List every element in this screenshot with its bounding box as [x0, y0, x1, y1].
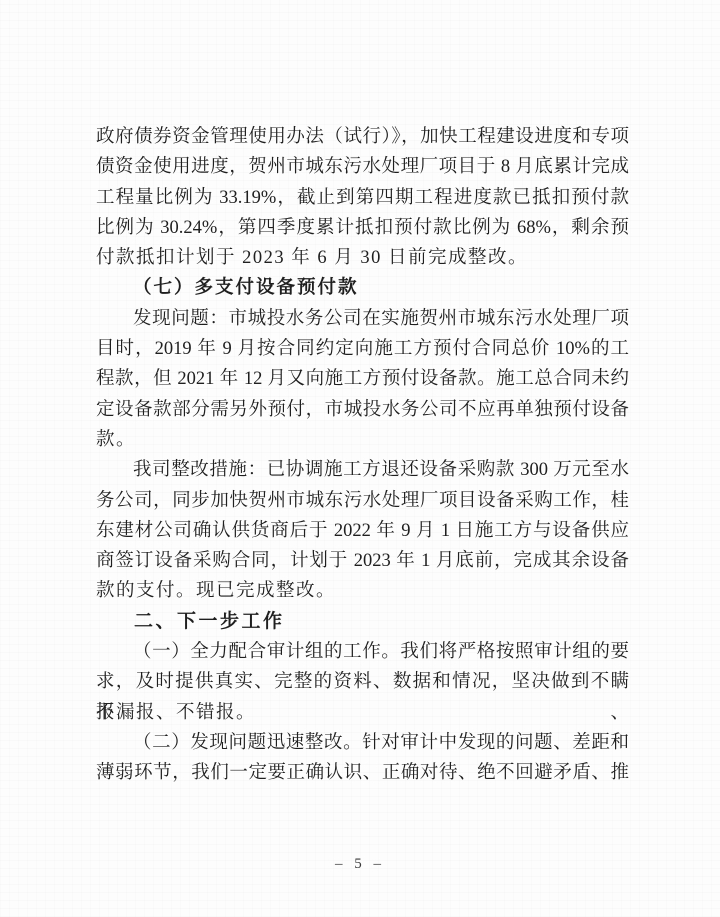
text-line: 债资金使用进度，贺州市城东污水处理厂项目于 8 月底累计完成	[96, 152, 629, 182]
text-line: 目时，2019 年 9 月按合同约定向施工方预付合同总价 10%的工	[96, 334, 629, 364]
text-line: 东建材公司确认供货商后于 2022 年 9 月 1 日施工方与设备供应	[96, 516, 629, 546]
section-heading-next-steps: 二、下一步工作	[96, 607, 629, 637]
page-footer: – 5 –	[0, 855, 720, 873]
text-line: 求，及时提供真实、完整的资料、数据和情况，坚决做到不瞒报、	[96, 667, 629, 697]
text-line: 商签订设备采购合同，计划于 2023 年 1 月底前，完成其余设备	[96, 546, 629, 576]
text-line: 程款，但 2021 年 12 月又向施工方预付设备款。施工总合同未约	[96, 364, 629, 394]
document-body: 政府债券资金管理使用办法（试行）》，加快工程建设进度和专项 债资金使用进度，贺州…	[96, 122, 629, 789]
text-line: 比例为 30.24%，第四季度累计抵扣预付款比例为 68%，剩余预	[96, 213, 629, 243]
section-heading-7: （七）多支付设备预付款	[96, 273, 629, 303]
text-line: 工程量比例为 33.19%，截止到第四期工程进度款已抵扣预付款	[96, 183, 629, 213]
text-line: 薄弱环节，我们一定要正确认识、正确对待、绝不回避矛盾、推	[96, 758, 629, 788]
text-line: 款。	[96, 425, 629, 455]
text-line: （一）全力配合审计组的工作。我们将严格按照审计组的要	[96, 637, 629, 667]
text-line: 付款抵扣计划于 2023 年 6 月 30 日前完成整改。	[96, 243, 629, 273]
text-line: 定设备款部分需另外预付，市城投水务公司不应再单独预付设备	[96, 395, 629, 425]
text-line: 我司整改措施：已协调施工方退还设备采购款 300 万元至水	[96, 455, 629, 485]
text-line: 政府债券资金管理使用办法（试行）》，加快工程建设进度和专项	[96, 122, 629, 152]
text-line: 发现问题：市城投水务公司在实施贺州市城东污水处理厂项	[96, 304, 629, 334]
page-number: – 5 –	[335, 856, 385, 872]
text-line: 款的支付。现已完成整改。	[96, 576, 629, 606]
text-line: 务公司，同步加快贺州市城东污水处理厂项目设备采购工作，桂	[96, 486, 629, 516]
text-line: （二）发现问题迅速整改。针对审计中发现的问题、差距和	[96, 728, 629, 758]
document-page: 政府债券资金管理使用办法（试行）》，加快工程建设进度和专项 债资金使用进度，贺州…	[0, 0, 720, 917]
